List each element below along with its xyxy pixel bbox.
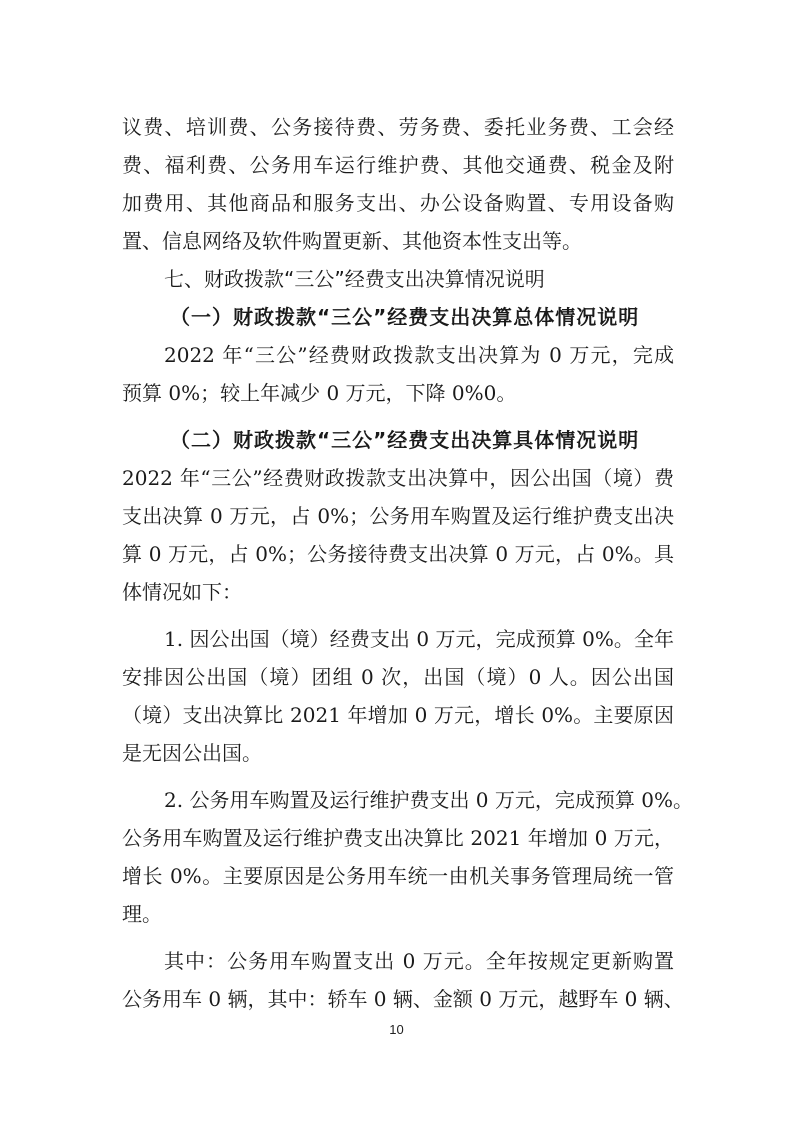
- paragraph-continuation: 议费、培训费、公务接待费、劳务费、委托业务费、工会经 费、福利费、公务用车运行维…: [122, 108, 674, 260]
- text-line: 算 0 万元，占 0%；公务接待费支出决算 0 万元，占 0%。具: [122, 535, 674, 573]
- text-line: 费、福利费、公务用车运行维护费、其他交通费、税金及附: [122, 146, 674, 184]
- section-heading: 七、财政拨款“三公”经费支出决算情况说明: [122, 260, 674, 298]
- item-2-detail-paragraph: 其中：公务用车购置支出 0 万元。全年按规定更新购置 公务用车 0 辆，其中：轿…: [122, 942, 674, 1018]
- item-2-paragraph: 2. 公务用车购置及运行维护费支出 0 万元，完成预算 0%。 公务用车购置及运…: [122, 781, 674, 933]
- text-line: 是无因公出国。: [122, 734, 674, 772]
- subsection-2-heading: （二）财政拨款“三公”经费支出决算具体情况说明: [122, 421, 674, 459]
- text-line: 支出决算 0 万元，占 0%；公务用车购置及运行维护费支出决: [122, 497, 674, 535]
- text-line: 预算 0%；较上年减少 0 万元，下降 0%0。: [122, 374, 674, 412]
- subsection-1-heading: （一）财政拨款“三公”经费支出决算总体情况说明: [122, 298, 674, 336]
- text-line: 公务用车 0 辆，其中：轿车 0 辆、金额 0 万元，越野车 0 辆、: [122, 980, 674, 1018]
- text-line: 增长 0%。主要原因是公务用车统一由机关事务管理局统一管: [122, 857, 674, 895]
- text-line: 理。: [122, 895, 674, 933]
- text-line: 公务用车购置及运行维护费支出决算比 2021 年增加 0 万元，: [122, 819, 674, 857]
- text-line: 置、信息网络及软件购置更新、其他资本性支出等。: [122, 222, 674, 260]
- text-line: 安排因公出国（境）团组 0 次，出国（境）0 人。因公出国: [122, 658, 674, 696]
- text-line: 议费、培训费、公务接待费、劳务费、委托业务费、工会经: [122, 108, 674, 146]
- subsection-2-body: 2022 年“三公”经费财政拨款支出决算中，因公出国（境）费 支出决算 0 万元…: [122, 459, 674, 611]
- text-line: 2022 年“三公”经费财政拨款支出决算为 0 万元，完成: [122, 336, 674, 374]
- text-line: 加费用、其他商品和服务支出、办公设备购置、专用设备购: [122, 184, 674, 222]
- document-page: 议费、培训费、公务接待费、劳务费、委托业务费、工会经 费、福利费、公务用车运行维…: [122, 108, 674, 1018]
- text-line: 1. 因公出国（境）经费支出 0 万元，完成预算 0%。全年: [122, 620, 674, 658]
- subsection-1-body: 2022 年“三公”经费财政拨款支出决算为 0 万元，完成 预算 0%；较上年减…: [122, 336, 674, 412]
- text-line: 体情况如下：: [122, 573, 674, 611]
- text-line: 其中：公务用车购置支出 0 万元。全年按规定更新购置: [122, 942, 674, 980]
- text-line: 2022 年“三公”经费财政拨款支出决算中，因公出国（境）费: [122, 459, 674, 497]
- text-line: （境）支出决算比 2021 年增加 0 万元，增长 0%。主要原因: [122, 696, 674, 734]
- item-1-paragraph: 1. 因公出国（境）经费支出 0 万元，完成预算 0%。全年 安排因公出国（境）…: [122, 620, 674, 772]
- page-number: 10: [0, 1022, 793, 1037]
- text-line: 2. 公务用车购置及运行维护费支出 0 万元，完成预算 0%。: [122, 781, 674, 819]
